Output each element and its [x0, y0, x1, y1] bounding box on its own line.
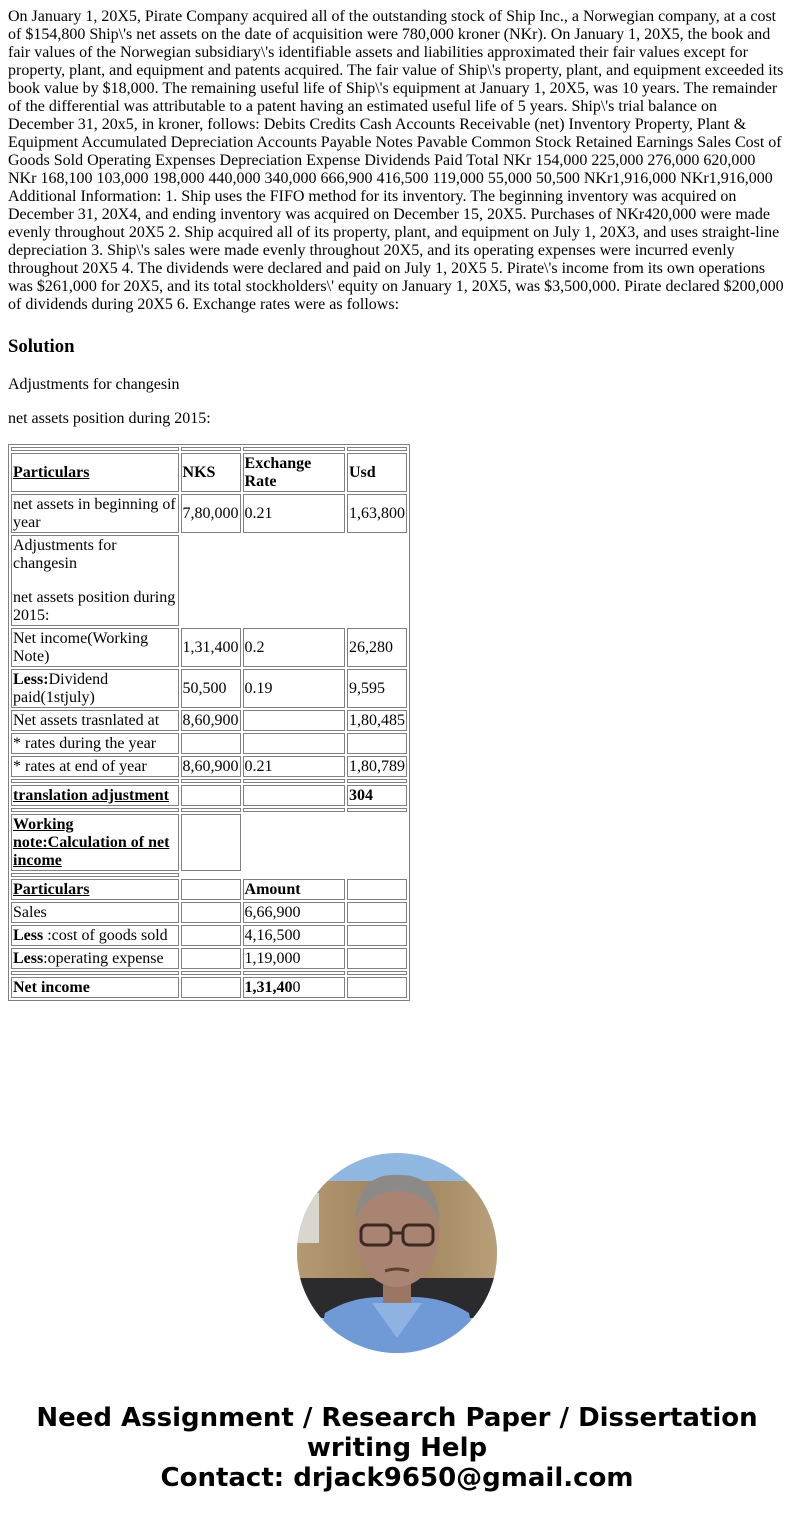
row-nks — [181, 785, 241, 806]
row-usd: 9,595 — [347, 669, 407, 708]
row-label: * rates during the year — [11, 733, 179, 754]
adjustments-line1: Adjustments for changesin — [13, 537, 177, 573]
empty-cell — [181, 925, 241, 946]
wn-total-amount-bold: 1,31,40 — [245, 979, 293, 996]
row-usd: 304 — [347, 785, 407, 806]
header-nks: NKS — [181, 453, 241, 492]
row-label: Net assets trasnlated at — [11, 710, 179, 731]
row-label-prefix: Less: — [13, 671, 49, 688]
wn-total-amount: 1,31,400 — [243, 977, 345, 998]
working-note-title-row: Working note:Calculation of net income — [11, 814, 407, 871]
wn-row-text: :cost of goods sold — [43, 927, 167, 944]
row-usd: 26,280 — [347, 628, 407, 667]
wn-row-amount: 1,19,000 — [243, 948, 345, 969]
table-row: * rates at end of year 8,60,900 0.21 1,8… — [11, 756, 407, 777]
empty-cell — [181, 814, 241, 871]
header-particulars: Particulars — [11, 453, 179, 492]
row-label: Net income(Working Note) — [11, 628, 179, 667]
row-usd: 1,80,485 — [347, 710, 407, 731]
wn-header-particulars: Particulars — [11, 879, 179, 900]
row-usd — [347, 733, 407, 754]
table-spacer-row — [11, 808, 407, 812]
row-usd: 1,63,800 — [347, 494, 407, 533]
table-spacer-row — [11, 873, 407, 877]
working-note-header-row: Particulars Amount — [11, 879, 407, 900]
wn-row-amount: 4,16,500 — [243, 925, 345, 946]
row-label: * rates at end of year — [11, 756, 179, 777]
wn-row-prefix: Less — [13, 950, 43, 967]
row-rate — [243, 733, 345, 754]
row-rate — [243, 710, 345, 731]
working-note-total-row: Net income 1,31,400 — [11, 977, 407, 998]
banner-line1: Need Assignment / Research Paper / Disse… — [0, 1403, 794, 1433]
table-row: Adjustments for changesin net assets pos… — [11, 535, 407, 626]
question-text: On January 1, 20X5, Pirate Company acqui… — [8, 8, 786, 314]
table-row: Sales 6,66,900 — [11, 902, 407, 923]
working-note-title: Working note:Calculation of net income — [11, 814, 179, 871]
empty-cell — [181, 902, 241, 923]
solution-intro-line1: Adjustments for changesin — [8, 376, 786, 394]
wn-row-label: Less:operating expense — [11, 948, 179, 969]
table-spacer-row — [11, 779, 407, 783]
row-label: net assets in beginning of year — [11, 494, 179, 533]
table-spacer-row — [11, 447, 407, 451]
wn-row-text: :operating expense — [43, 950, 163, 967]
table-row-total: translation adjustment 304 — [11, 785, 407, 806]
contact-banner: Need Assignment / Research Paper / Disse… — [0, 1403, 794, 1493]
header-exchange-rate: Exchange Rate — [243, 453, 345, 492]
solution-title: Solution — [8, 336, 786, 358]
table-row: Less:Dividend paid(1stjuly) 50,500 0.19 … — [11, 669, 407, 708]
row-label: Less:Dividend paid(1stjuly) — [11, 669, 179, 708]
header-usd: Usd — [347, 453, 407, 492]
row-rate: 0.21 — [243, 756, 345, 777]
wn-row-label: Less :cost of goods sold — [11, 925, 179, 946]
empty-cell — [347, 948, 407, 969]
table-header-row: Particulars NKS Exchange Rate Usd — [11, 453, 407, 492]
person-portrait-icon — [297, 1153, 497, 1353]
table-row: Net assets trasnlated at 8,60,900 1,80,4… — [11, 710, 407, 731]
wn-row-amount: 6,66,900 — [243, 902, 345, 923]
empty-cell — [347, 925, 407, 946]
row-nks: 8,60,900 — [181, 710, 241, 731]
table-row: Less :cost of goods sold 4,16,500 — [11, 925, 407, 946]
row-usd: 1,80,789 — [347, 756, 407, 777]
wn-row-prefix: Less — [13, 927, 43, 944]
wn-row-label: Sales — [11, 902, 179, 923]
row-nks: 50,500 — [181, 669, 241, 708]
table-row: * rates during the year — [11, 733, 407, 754]
empty-cell — [347, 977, 407, 998]
banner-line2: writing Help — [0, 1433, 794, 1463]
avatar — [297, 1153, 497, 1353]
page-content: On January 1, 20X5, Pirate Company acqui… — [0, 0, 794, 1001]
empty-cell — [181, 879, 241, 900]
wn-total-amount-rest: 0 — [293, 979, 301, 996]
solution-intro-line2: net assets position during 2015: — [8, 410, 786, 428]
table-spacer-row — [11, 971, 407, 975]
row-label: translation adjustment — [11, 785, 179, 806]
wn-header-amount: Amount — [243, 879, 345, 900]
wn-row-text: Sales — [13, 904, 47, 921]
row-nks: 1,31,400 — [181, 628, 241, 667]
wn-total-label: Net income — [11, 977, 179, 998]
table-row: Net income(Working Note) 1,31,400 0.2 26… — [11, 628, 407, 667]
row-rate: 0.2 — [243, 628, 345, 667]
adjustments-line2: net assets position during 2015: — [13, 589, 177, 625]
row-rate: 0.21 — [243, 494, 345, 533]
row-label-adjustments: Adjustments for changesin net assets pos… — [11, 535, 179, 626]
row-rate — [243, 785, 345, 806]
row-nks: 8,60,900 — [181, 756, 241, 777]
table-row: net assets in beginning of year 7,80,000… — [11, 494, 407, 533]
empty-cell — [347, 879, 407, 900]
empty-cell — [181, 977, 241, 998]
row-rate: 0.19 — [243, 669, 345, 708]
row-nks — [181, 733, 241, 754]
translation-table: Particulars NKS Exchange Rate Usd net as… — [8, 444, 410, 1001]
empty-cell — [347, 902, 407, 923]
banner-contact-email[interactable]: Contact: drjack9650@gmail.com — [0, 1463, 794, 1493]
empty-cell — [181, 948, 241, 969]
row-nks: 7,80,000 — [181, 494, 241, 533]
table-row: Less:operating expense 1,19,000 — [11, 948, 407, 969]
